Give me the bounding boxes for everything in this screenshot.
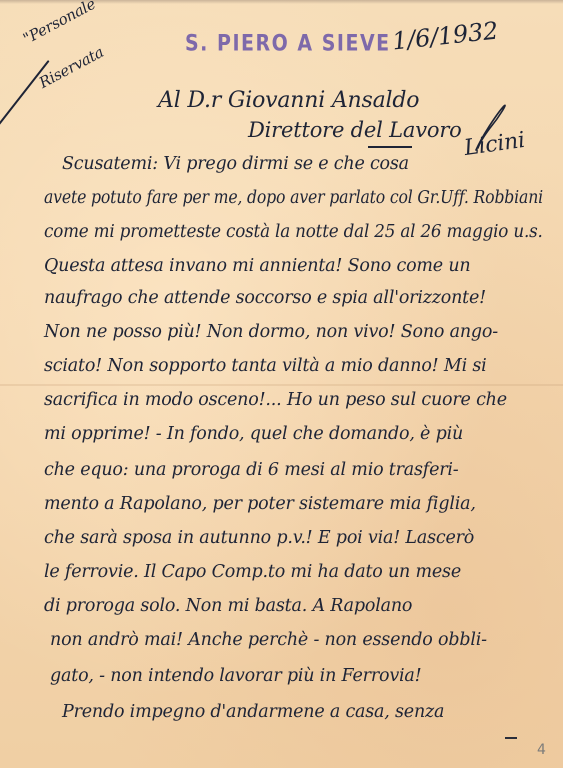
addressee-title: Direttore del Lavoro xyxy=(248,118,462,142)
body-line: avete potuto fare per me, dopo aver parl… xyxy=(44,188,543,208)
body-line: gato, - non intendo lavorar più in Ferro… xyxy=(50,666,421,686)
letter-date: 1/6/1932 xyxy=(391,17,500,56)
body-line: mi opprime! - In fondo, quel che domando… xyxy=(44,424,463,444)
margin-note-line2: Riservata xyxy=(36,43,107,92)
body-line: che equo: una proroga di 6 mesi al mio t… xyxy=(44,460,459,480)
body-line: mento a Rapolano, per poter sistemare mi… xyxy=(44,494,476,514)
margin-note: "Personale Riservata xyxy=(18,24,118,134)
body-line: le ferrovie. Il Capo Comp.to mi ha dato … xyxy=(44,562,461,582)
body-line: che sarà sposa in autunno p.v.! E poi vi… xyxy=(44,528,474,548)
body-line: Scusatemi: Vi prego dirmi se e che cosa xyxy=(62,154,409,174)
letter-page: "Personale Riservata S. PIERO A SIEVE 1/… xyxy=(0,0,563,768)
addressee-underline xyxy=(368,146,412,148)
margin-note-line1: "Personale xyxy=(20,0,99,48)
body-line: Non ne posso più! Non dormo, non vivo! S… xyxy=(44,322,498,342)
ink-stamp: S. PIERO A SIEVE xyxy=(185,31,391,56)
dash-mark xyxy=(505,737,517,739)
addressee-name: Al D.r Giovanni Ansaldo xyxy=(158,88,419,113)
body-line: di proroga solo. Non mi basta. A Rapolan… xyxy=(44,596,412,616)
body-line: sacrifica in modo osceno!... Ho un peso … xyxy=(44,390,507,410)
body-line: naufrago che attende soccorso e spia all… xyxy=(44,288,486,308)
body-line: sciato! Non sopporto tanta viltà a mio d… xyxy=(44,356,487,376)
body-line: come mi prometteste costà la notte dal 2… xyxy=(44,222,543,242)
margin-slash-stroke xyxy=(0,60,50,134)
body-line: Prendo impegno d'andarmene a casa, senza xyxy=(62,702,444,722)
body-line: non andrò mai! Anche perchè - non essend… xyxy=(50,630,487,650)
paper-fold-line xyxy=(0,384,563,386)
body-line: Questa attesa invano mi annienta! Sono c… xyxy=(44,256,470,276)
page-number: 4 xyxy=(537,742,546,758)
